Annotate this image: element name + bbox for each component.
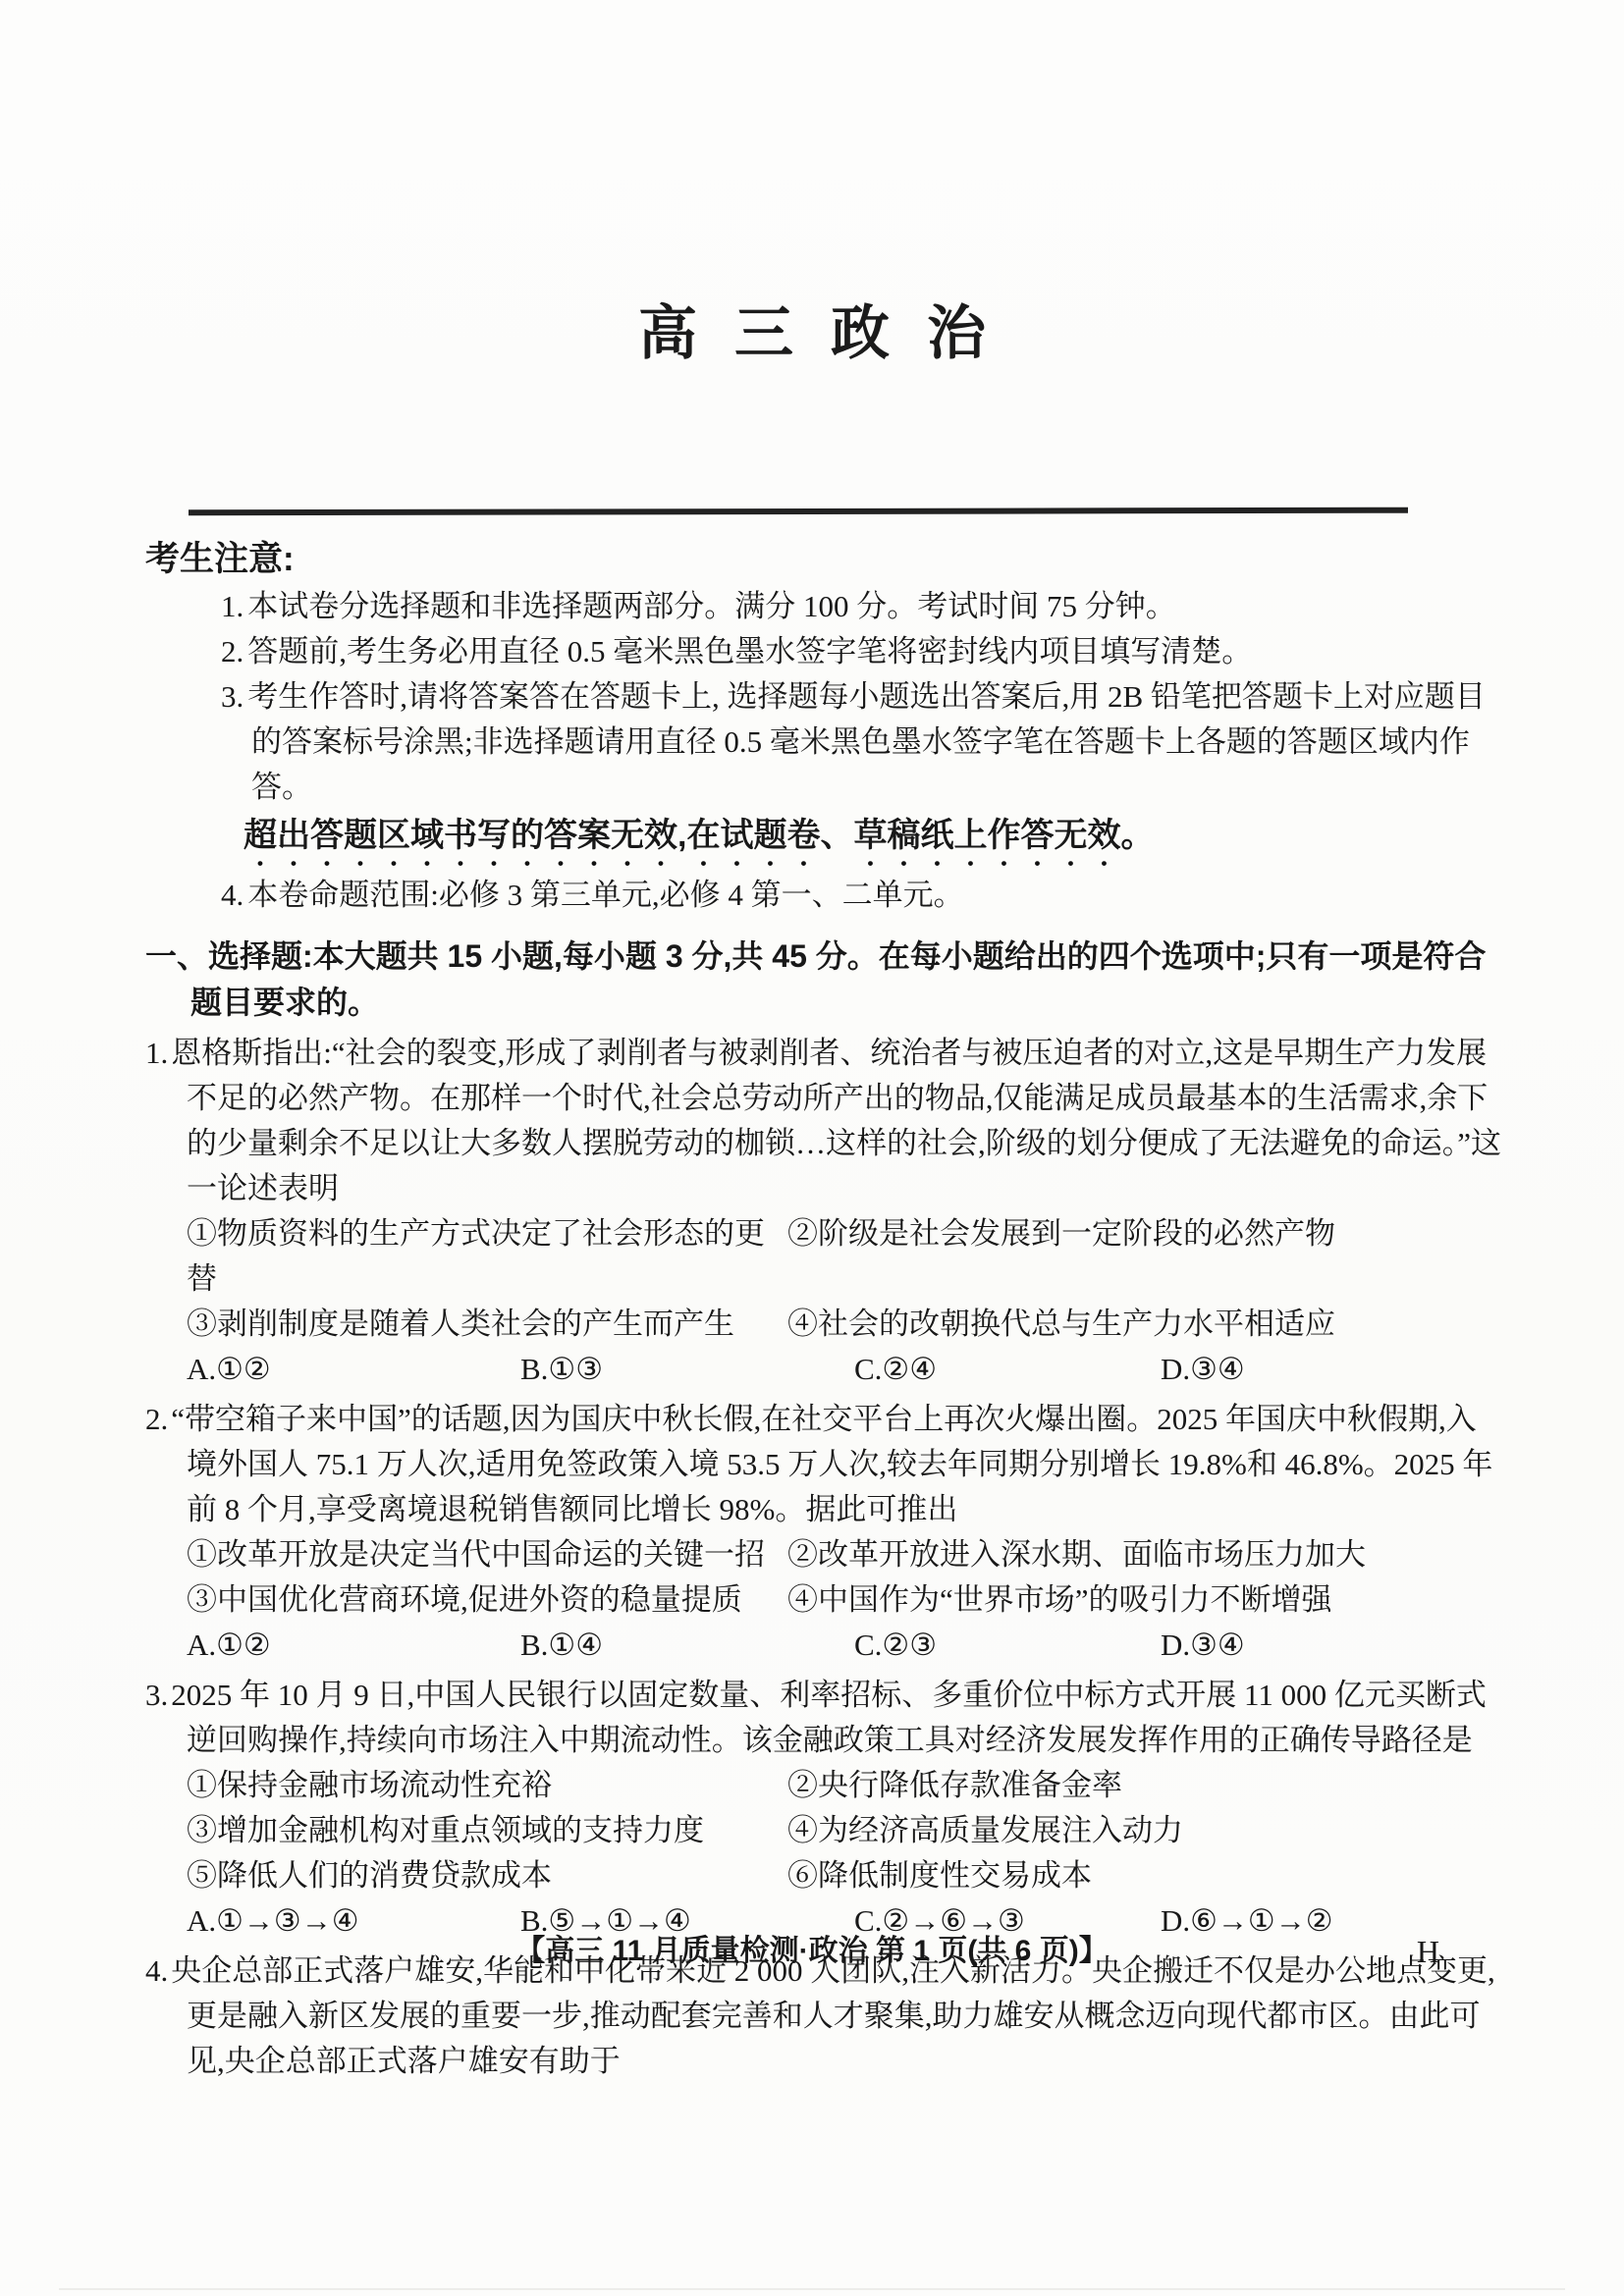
notice-heading: 考生注意: [145,535,1506,584]
choice-a: A.①② [187,1623,520,1668]
statement-1: ①保持金融市场流动性充裕 [187,1763,787,1808]
exam-content: 考生注意: 1.本试卷分选择题和非选择题两部分。满分 100 分。考试时间 75… [145,535,1506,2084]
notice-item-text: 本卷命题范围:必修 3 第三单元,必修 4 第一、二单元。 [247,878,963,912]
choice-b: B.①③ [520,1347,854,1392]
notice-item-4: 4.本卷命题范围:必修 3 第三单元,必修 4 第一、二单元。 [221,873,1506,918]
notice-item-text: 考生作答时,请将答案答在答题卡上, 选择题每小题选出答案后,用 2B 铅笔把答题… [247,679,1486,804]
statement-2: ②央行降低存款准备金率 [787,1763,1506,1808]
question-stem-text: 2025 年 10 月 9 日,中国人民银行以固定数量、利率招标、多重价位中标方… [171,1678,1487,1757]
notice-item-number: 3. [221,679,247,714]
question-3-statements: ①保持金融市场流动性充裕 ②央行降低存款准备金率 ③增加金融机构对重点领域的支持… [145,1763,1506,1898]
statement-4: ④社会的改朝换代总与生产力水平相适应 [787,1302,1506,1347]
notice-item-number: 2. [221,634,247,668]
statement-2: ②改革开放进入深水期、面临市场压力加大 [787,1532,1506,1577]
statement-1: ①改革开放是决定当代中国命运的关键一招 [187,1532,787,1577]
question-number: 3. [145,1678,171,1712]
exam-page: 高三政治 考生注意: 1.本试卷分选择题和非选择题两部分。满分 100 分。考试… [0,0,1624,2296]
scan-edge-artifact [59,2288,1565,2290]
section-heading-multiple-choice: 一、选择题:本大题共 15 小题,每小题 3 分,共 45 分。在每小题给出的四… [145,934,1506,1026]
notice-item-number: 4. [221,878,247,912]
question-number: 1. [145,1036,171,1070]
statement-6: ⑥降低制度性交易成本 [787,1853,1506,1898]
notice-item-text: 本试卷分选择题和非选择题两部分。满分 100 分。考试时间 75 分钟。 [247,589,1176,623]
notice-item-number: 1. [221,589,247,623]
question-stem-text: 恩格斯指出:“社会的裂变,形成了剥削者与被剥削者、统治者与被压迫者的对立,这是早… [171,1036,1501,1205]
statement-5: ⑤降低人们的消费贷款成本 [187,1853,787,1898]
notice-section: 考生注意: 1.本试卷分选择题和非选择题两部分。满分 100 分。考试时间 75… [145,535,1506,918]
statement-4: ④中国作为“世界市场”的吸引力不断增强 [787,1577,1506,1623]
footer-version-mark: H [1417,1930,1439,1973]
question-1: 1.恩格斯指出:“社会的裂变,形成了剥削者与被剥削者、统治者与被压迫者的对立,这… [145,1031,1506,1392]
question-2-statements: ①改革开放是决定当代中国命运的关键一招 ②改革开放进入深水期、面临市场压力加大 … [145,1532,1506,1623]
header-divider-line [189,507,1408,516]
question-2-choices: A.①② B.①④ C.②③ D.③④ [145,1623,1506,1668]
choice-d: D.③④ [1161,1347,1506,1392]
question-2-stem: 2.“带空箱子来中国”的话题,因为国庆中秋长假,在社交平台上再次火爆出圈。202… [145,1397,1506,1532]
notice-item-3: 3.考生作答时,请将答案答在答题卡上, 选择题每小题选出答案后,用 2B 铅笔把… [221,674,1506,810]
question-1-statements: ①物质资料的生产方式决定了社会形态的更替 ②阶级是社会发展到一定阶段的必然产物 … [145,1211,1506,1347]
statement-1: ①物质资料的生产方式决定了社会形态的更替 [187,1211,787,1302]
footer-text: 【高三 11 月质量检测·政治 第 1 页(共 6 页)】 [515,1935,1108,1967]
choice-c: C.②③ [854,1623,1161,1668]
notice-item-text: 答题前,考生务必用直径 0.5 毫米黑色墨水签字笔将密封线内项目填写清楚。 [247,634,1252,668]
choice-b: B.①④ [520,1623,854,1668]
statement-4: ④为经济高质量发展注入动力 [787,1808,1506,1853]
notice-item-2: 2.答题前,考生务必用直径 0.5 毫米黑色墨水签字笔将密封线内项目填写清楚。 [221,629,1506,674]
exam-title: 高三政治 [0,287,1624,371]
statement-3: ③剥削制度是随着人类社会的产生而产生 [187,1302,787,1347]
choice-c: C.②④ [854,1347,1161,1392]
question-1-stem: 1.恩格斯指出:“社会的裂变,形成了剥削者与被剥削者、统治者与被压迫者的对立,这… [145,1031,1506,1211]
statement-3: ③中国优化营商环境,促进外资的稳量提质 [187,1577,787,1623]
question-3-stem: 3.2025 年 10 月 9 日,中国人民银行以固定数量、利率招标、多重价位中… [145,1673,1506,1763]
choice-d: D.③④ [1161,1623,1506,1668]
notice-item-1: 1.本试卷分选择题和非选择题两部分。满分 100 分。考试时间 75 分钟。 [221,584,1506,629]
question-number: 2. [145,1402,171,1436]
question-stem-text: “带空箱子来中国”的话题,因为国庆中秋长假,在社交平台上再次火爆出圈。2025 … [171,1402,1492,1526]
statement-2: ②阶级是社会发展到一定阶段的必然产物 [787,1211,1506,1302]
statement-3: ③增加金融机构对重点领域的支持力度 [187,1808,787,1853]
question-3: 3.2025 年 10 月 9 日,中国人民银行以固定数量、利率招标、多重价位中… [145,1673,1506,1944]
question-2: 2.“带空箱子来中国”的话题,因为国庆中秋长假,在社交平台上再次火爆出圈。202… [145,1397,1506,1668]
page-footer: 【高三 11 月质量检测·政治 第 1 页(共 6 页)】 H [0,1930,1624,1973]
notice-item-3-emphasis: 超出答题区域书写的答案无效,在试题卷、草稿纸上作答无效。 [244,810,1506,873]
choice-a: A.①② [187,1347,520,1392]
question-1-choices: A.①② B.①③ C.②④ D.③④ [145,1347,1506,1392]
